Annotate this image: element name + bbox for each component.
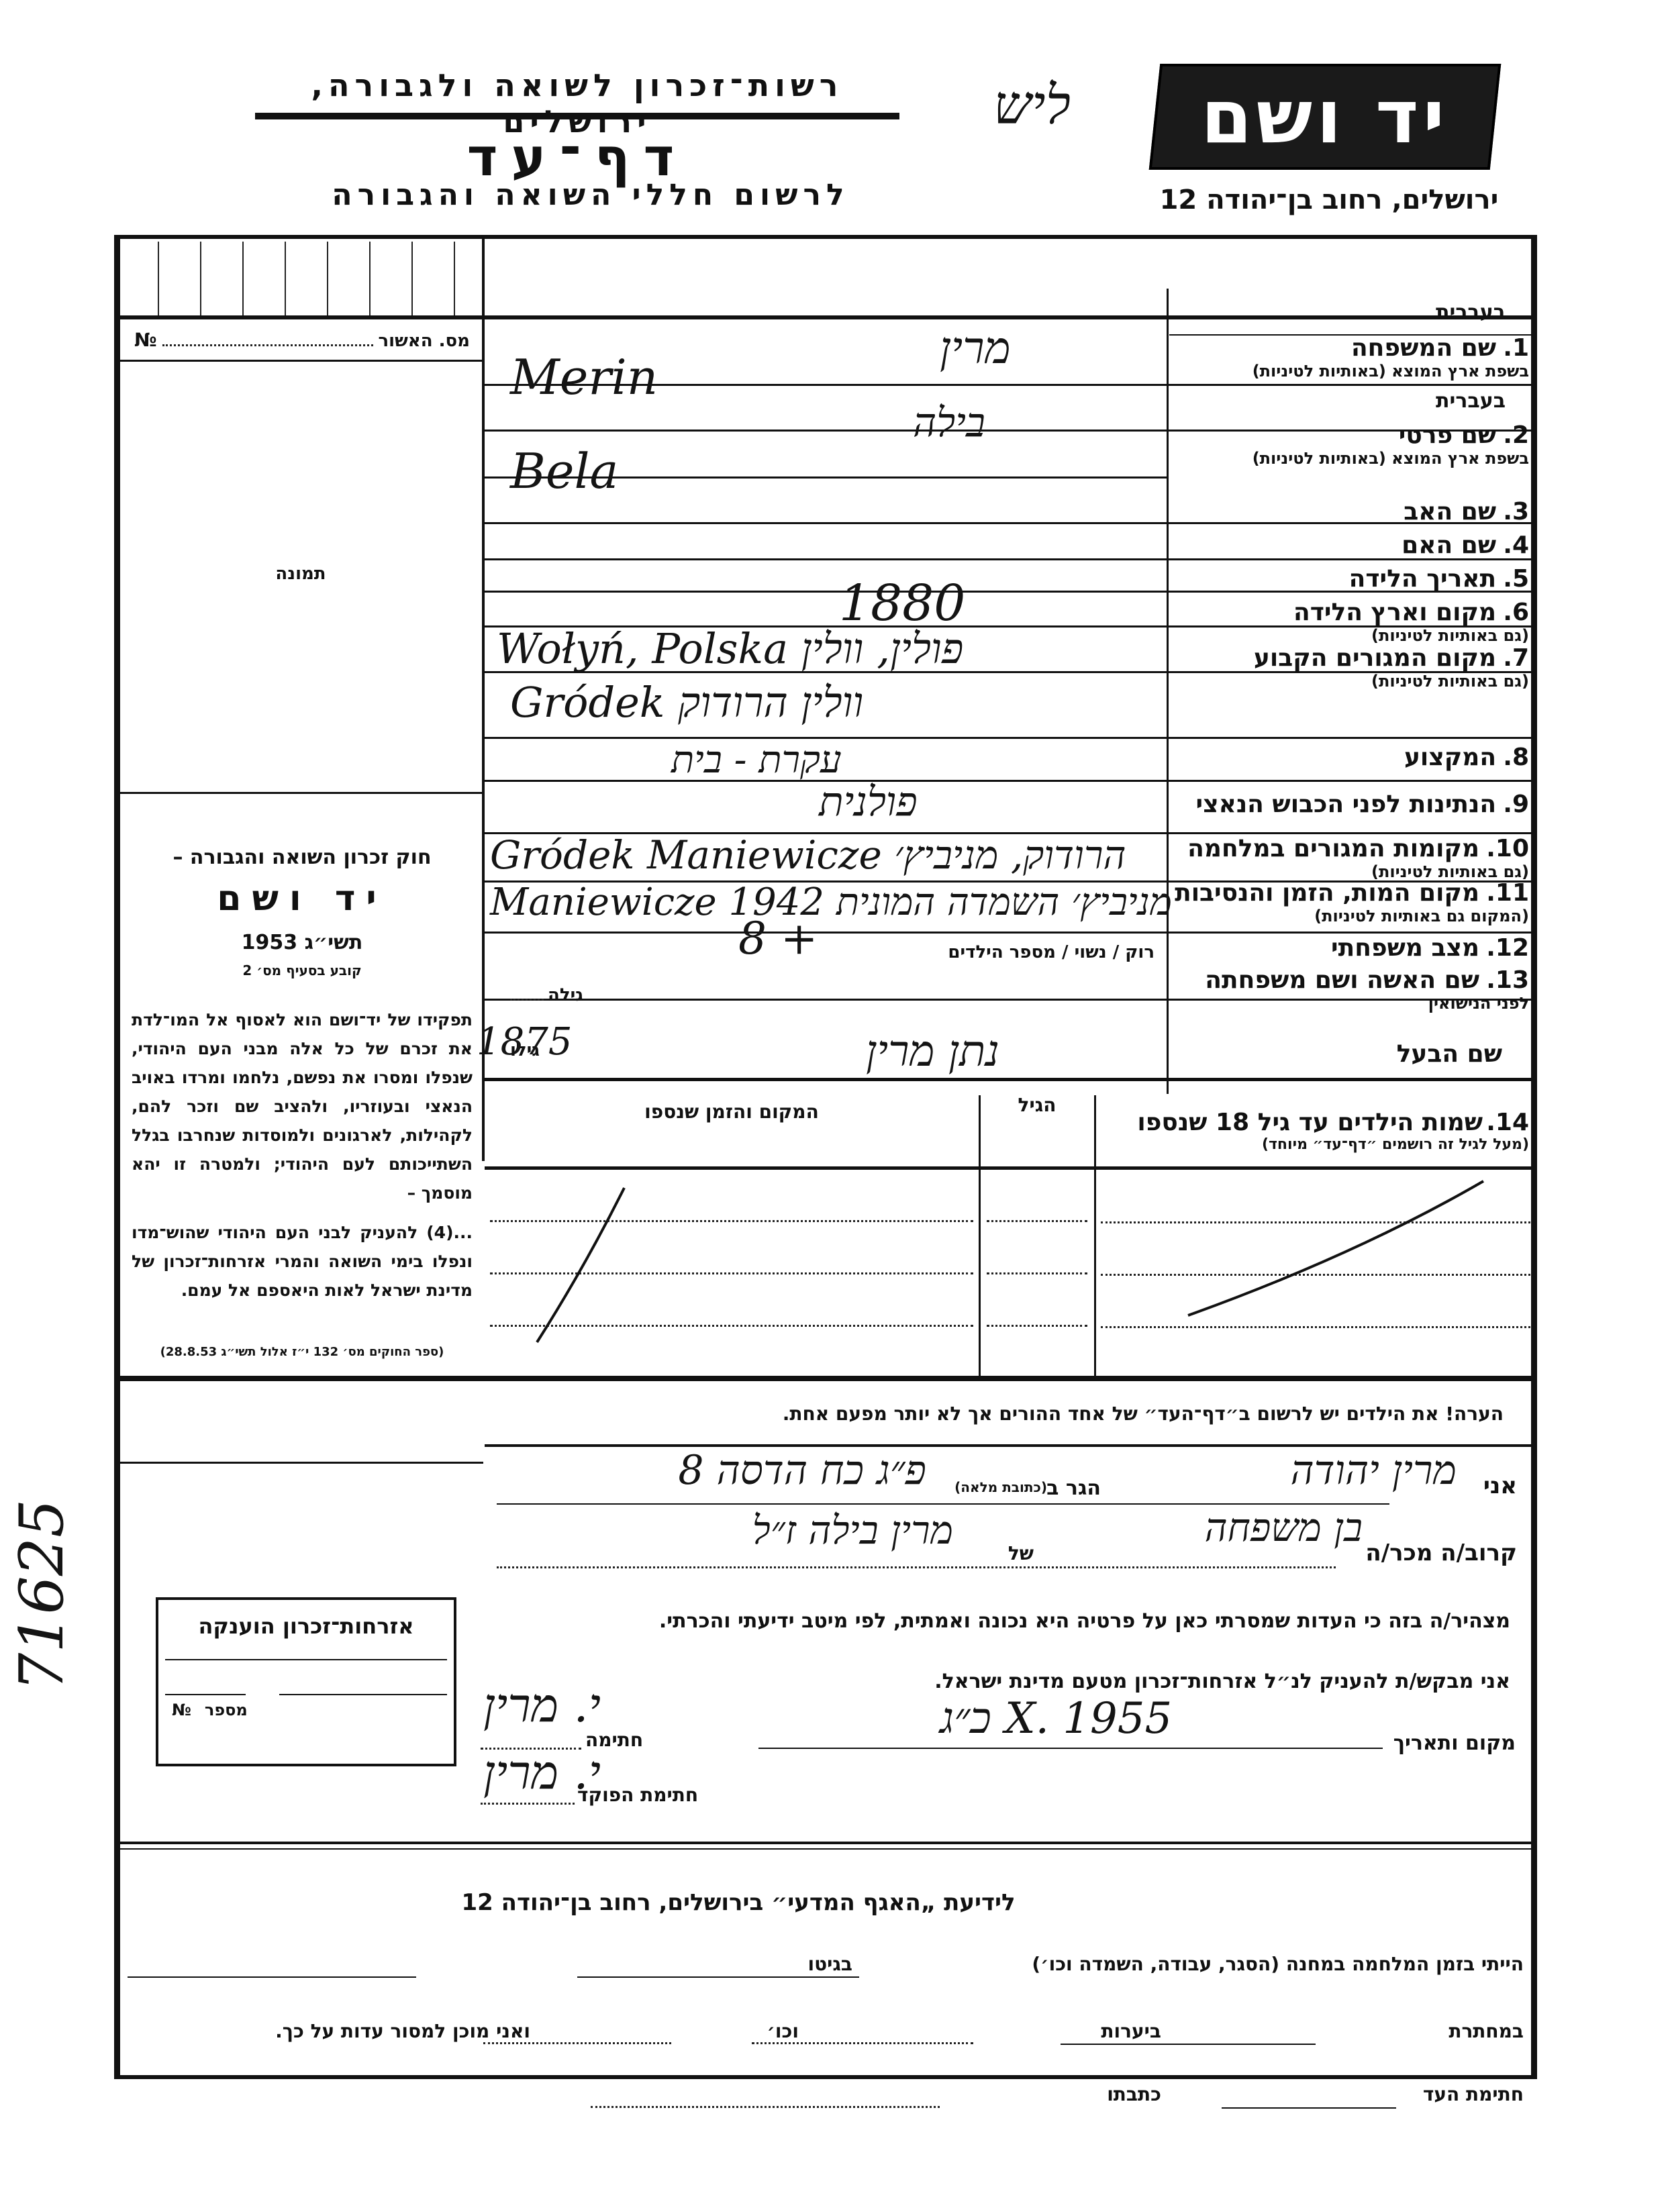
underground-label: במחתרת [1448, 2020, 1524, 2042]
etc-label: וכו׳ [767, 2020, 799, 2042]
approval-number-field[interactable] [162, 344, 373, 346]
note: הערה! את הילדים יש לרשום ב״דף־העד״ של אח… [537, 1403, 1504, 1425]
approval-label: מס. האשור [379, 331, 471, 351]
field-10-label: 10. מקומות המגורים במלחמה (גם באותיות לט… [1187, 835, 1529, 881]
number-sign: № [134, 329, 157, 351]
i-label: אני [1483, 1472, 1517, 1499]
ruler-tick [158, 242, 159, 315]
wife-age-row: גילה [510, 985, 583, 1005]
of-label: של [1008, 1542, 1034, 1564]
field-12-value[interactable]: 8 + [738, 913, 818, 964]
field-1-latin-value[interactable]: Merin [510, 349, 658, 405]
row-separator [485, 737, 1534, 739]
ruler-tick [327, 242, 328, 315]
ruler-tick [411, 242, 413, 315]
ruler-tick [369, 242, 371, 315]
forests-label: ביערות [1101, 2020, 1161, 2042]
field-2-hebrew-value[interactable]: בילה [913, 399, 985, 446]
number-sign: № [172, 1701, 191, 1719]
citizenship-number-row: № מספר [172, 1701, 248, 1719]
place-date-value[interactable]: כ״ג X. 1955 [940, 1694, 1172, 1744]
law-name: יד ושם [132, 878, 473, 919]
row-separator [485, 522, 1534, 524]
field-9-label: 9. הנתינות לפני הכבוש הנאצי [1196, 791, 1529, 818]
row-separator [485, 780, 1534, 782]
margin-note: ליש [993, 74, 1071, 137]
field-11-value[interactable]: Maniewicze 1942 מניביץ׳ השמדה המונית [490, 881, 1172, 924]
approval-number-row: מס. האשור № [134, 329, 470, 351]
witness-signature-field[interactable] [1222, 2107, 1396, 2109]
field-4-label: 4. שם האם [1402, 532, 1529, 559]
wife-age-label: גילה [548, 985, 583, 1005]
field-5-label: 5. תאריך הלידה [1349, 565, 1529, 593]
declarant-name[interactable]: מרין יהודה [1291, 1447, 1457, 1494]
underground-field[interactable] [1061, 2044, 1316, 2045]
address-value[interactable]: פ״ג כח הדסה 8 [678, 1447, 926, 1494]
citizenship-number-line[interactable] [165, 1694, 246, 1695]
relation-label: קרוב/ה מכר/ה [1365, 1540, 1517, 1566]
forests-field[interactable] [752, 2042, 973, 2044]
top-rule [118, 315, 1533, 319]
law-paragraph-1: תפקידו של יד־ושם הוא לאסוף אל המו־לדת את… [132, 1005, 473, 1207]
ruler-tick [285, 242, 286, 315]
place-date-line [758, 1748, 1383, 1749]
place-date-label: מקום ותאריך [1393, 1731, 1516, 1755]
field-12-label: 12. מצב משפחתי [1331, 934, 1529, 962]
field-2-label: 2. שם פרטי בשפת ארץ המוצא (באותיות לטיני… [1252, 421, 1529, 468]
citizenship-line[interactable] [165, 1659, 447, 1660]
footer-rule [118, 1842, 1533, 1844]
law-year: תשי״ג 1953 [132, 931, 473, 954]
residing-hint: (כתובת מלאה) [954, 1479, 1047, 1495]
witness-address-field[interactable] [591, 2106, 940, 2108]
field-7-value[interactable]: Gródek וולין הרודוק [510, 678, 863, 727]
field-9-value[interactable]: פולנית [819, 778, 918, 825]
ruler-tick [200, 242, 201, 315]
row-separator [485, 1078, 1534, 1081]
residing-label: הגר ב [1046, 1476, 1101, 1500]
law-title: חוק זכרון השואה והגבורה – [132, 846, 473, 869]
ghetto-field[interactable] [128, 1976, 416, 1978]
law-paragraph-2: ...(4) להעניק לבני העם היהודי שהוש־מדו ו… [132, 1218, 473, 1305]
number-label: מספר [205, 1701, 248, 1719]
of-value[interactable]: מרין בילה ז״ל [752, 1507, 953, 1553]
strike-marks [483, 1168, 1544, 1382]
ruler-tick [242, 242, 244, 315]
children-table-title: 14. שמות הילדים עד גיל 18 שנספו (מעל לגי… [1137, 1109, 1529, 1153]
col-header-place-time: המקום והזמן שנספו [497, 1101, 967, 1123]
citizenship-date-line[interactable] [279, 1694, 447, 1695]
law-section: קובע בסעיף מס׳ 2 [132, 962, 473, 978]
marital-status-options: רוק / נשוי / מספר הילדים [805, 942, 1155, 962]
logo-text: יד ושם [1201, 74, 1448, 160]
officer-signature-line [481, 1803, 575, 1805]
relation-line [497, 1566, 1336, 1568]
footer-line-1: הייתי בזמן המלחמה במחנה (הסגר, עבודה, הש… [128, 1953, 1524, 1987]
camp-label: הייתי בזמן המלחמה במחנה (הסגר, עבודה, הש… [1032, 1953, 1524, 1975]
yad-vashem-logo: יד ושם [1149, 64, 1502, 170]
col-header-age: הגיל [987, 1094, 1087, 1116]
citizenship-box: אזרחות־זכרון הוענקה № מספר [156, 1597, 456, 1766]
footer-line-3: חתימת העד כתבתו [128, 2083, 1524, 2117]
field-1-hebrew-label: בעברית [1436, 301, 1506, 324]
signature-value[interactable]: י. מרין [483, 1678, 601, 1733]
photo-rule [118, 792, 483, 794]
footer-title: לידיעת „האגף המדעי״ בירושלים, רחוב בן־יה… [268, 1889, 1208, 1916]
field-8-label: 8. המקצוע [1404, 744, 1529, 771]
field-1-hebrew-value[interactable]: מרין [940, 322, 1011, 374]
etc-field[interactable] [483, 2042, 671, 2044]
relation-row: קרוב/ה מכר/ה בן משפחה של מרין בילה ז״ל [497, 1510, 1517, 1570]
law-rule [118, 1462, 483, 1464]
officer-signature-value[interactable]: י. מרין [483, 1745, 601, 1801]
table-bottom-rule [118, 1376, 1533, 1381]
photo-label: תמונה [118, 564, 483, 584]
field-8-value[interactable]: עקרת - בית [671, 738, 842, 782]
testimony-willing: ואני מוכן למסור עדות על כך. [275, 2020, 530, 2042]
field-6-value[interactable]: Wołyń, Polska פולין, וולין [497, 624, 963, 674]
wife-age-field[interactable] [510, 999, 544, 1001]
field-6-label: 6. מקום וארץ הלידה (גם באותיות לטיניות) [1293, 599, 1529, 645]
witness-address-label: כתבתו [1107, 2083, 1161, 2105]
field-10-value[interactable]: Gródek Maniewicze הרודוק, מניביץ׳ [490, 832, 1126, 878]
declarant-row: אני מרין יהודה הגר ב (כתובת מלאה) פ״ג כח… [497, 1450, 1517, 1503]
row-separator [485, 558, 1534, 560]
ghetto-label: בגיטו [808, 1953, 852, 1975]
field-2-latin-value[interactable]: Bela [510, 443, 618, 499]
photo-box[interactable]: תמונה [118, 362, 483, 792]
relation-value[interactable]: בן משפחה [1205, 1505, 1363, 1550]
law-citation: (ספר החוקים מס׳ 132 י״ז אלול תשי״ג 28.8.… [132, 1345, 473, 1359]
citizenship-title: אזרחות־זכרון הוענקה [158, 1613, 454, 1639]
citizenship-request: אני מבקש/ת להעניק לנ״ל אזרחות־זכרון מטעם… [490, 1670, 1510, 1693]
law-box: חוק זכרון השואה והגבורה – יד ושם תשי״ג 1… [132, 846, 473, 1359]
field-7-label: 7. מקום המגורים הקבוע (גם באותיות לטיניו… [1254, 644, 1529, 691]
address: ירושלים, רחוב בן־יהודה 12 [1141, 185, 1517, 215]
row-separator [485, 932, 1534, 934]
form-subtitle: לרשום חללי השואה והגבורה [289, 178, 893, 212]
field-2-hebrew-label: בעברית [1436, 389, 1506, 413]
field-11-label: 11. מקום המות, הזמן והנסיבות (המקום גם ב… [1175, 879, 1529, 925]
declaration-statement: מצהיר/ה בזה כי העדות שמסרתי כאן על פרטיה… [490, 1609, 1510, 1633]
husband-age-value[interactable]: 1875 [477, 1020, 573, 1064]
field-3-label: 3. שם האב [1404, 498, 1529, 525]
field-1-label: 1. שם המשפחה בשפת ארץ המוצא (באותיות לטי… [1252, 334, 1529, 381]
approval-rule [118, 360, 483, 362]
camp-field[interactable] [577, 1976, 859, 1978]
field-13-label: 13. שם האשה ושם משפחתה לפני הנישואין [1205, 966, 1529, 1013]
footer-rule [118, 1848, 1533, 1850]
husband-name-value[interactable]: נתן מרין [866, 1027, 999, 1076]
husband-name-label: שם הבעל [1397, 1040, 1502, 1068]
labels-column-divider [1167, 289, 1169, 1094]
header-rule [255, 113, 899, 119]
ruler-tick [454, 242, 455, 315]
footer-line-2: במחתרת ביערות וכו׳ ואני מוכן למסור עדות … [128, 2020, 1524, 2054]
archive-number: 71625 [7, 1499, 77, 1691]
witness-signature-label: חתימת העד [1423, 2083, 1524, 2105]
